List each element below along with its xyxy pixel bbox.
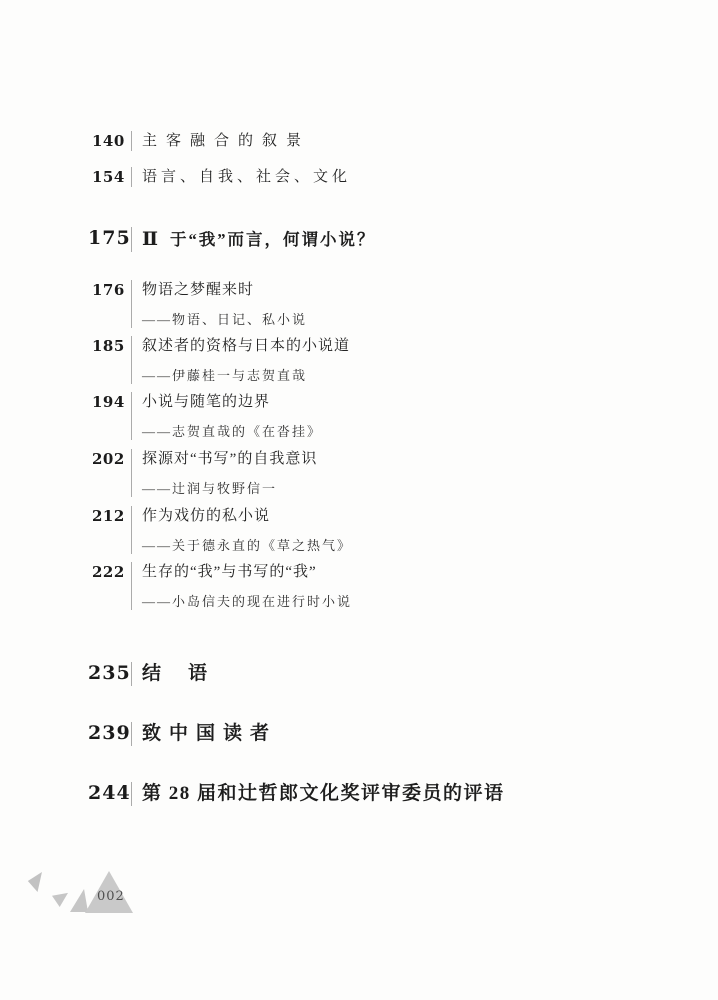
toc-entry-subtitle: ——伊藤桂一与志贺直哉: [142, 367, 350, 384]
toc-entry-title: 结 语: [142, 663, 211, 684]
divider: [131, 227, 132, 252]
triangle-ornament-icon: [70, 889, 88, 912]
toc-entry-subtitle: ——关于德永直的《草之热气》: [142, 537, 352, 554]
toc-entry-page-number: 202: [92, 449, 131, 497]
toc-part-heading: 175 Ⅱ 于“我”而言，何谓小说？: [88, 227, 376, 252]
divider: [131, 782, 132, 806]
toc-entry-page-number: 212: [92, 506, 131, 554]
toc-entry-title: 生存的“我”与书写的“我”: [142, 562, 352, 583]
toc-entry: 176 物语之梦醒来时 ——物语、日记、私小说: [92, 280, 307, 328]
divider: [131, 506, 132, 554]
divider: [131, 562, 132, 610]
footer-ornament: 002: [0, 856, 170, 926]
triangle-ornament-icon: [52, 891, 68, 907]
toc-entry-title: 主客融合的叙景: [142, 133, 310, 149]
divider: [131, 167, 132, 187]
triangle-ornament-icon: [27, 872, 44, 892]
toc-entry-subtitle: ——物语、日记、私小说: [142, 311, 307, 328]
part-numeral: Ⅱ: [142, 228, 158, 250]
toc-entry-page-number: 235: [88, 662, 131, 686]
book-toc-page: 140 主客融合的叙景 154 语言、自我、社会、文化 175 Ⅱ 于“我”而言…: [0, 0, 718, 1000]
toc-entry: 185 叙述者的资格与日本的小说道 ——伊藤桂一与志贺直哉: [92, 336, 350, 384]
toc-entry-page-number: 175: [88, 227, 131, 252]
toc-entry: 202 探源对“书写”的自我意识 ——辻润与牧野信一: [92, 449, 317, 497]
toc-entry-title: 探源对“书写”的自我意识: [142, 449, 317, 470]
toc-entry: 222 生存的“我”与书写的“我” ——小岛信夫的现在进行时小说: [92, 562, 352, 610]
toc-entry-title: 语言、自我、社会、文化: [142, 169, 351, 185]
page-number: 002: [97, 889, 125, 904]
divider: [131, 131, 132, 151]
toc-entry-title: 叙述者的资格与日本的小说道: [142, 336, 350, 357]
toc-entry-page-number: 176: [92, 280, 131, 328]
toc-entry-title: 物语之梦醒来时: [142, 280, 307, 301]
toc-entry: 140 主客融合的叙景: [92, 131, 310, 151]
toc-entry: 235 结 语: [88, 662, 211, 686]
toc-entry-title: 第 28 届和辻哲郎文化奖评审委员的评语: [142, 783, 505, 804]
toc-entry: 154 语言、自我、社会、文化: [92, 167, 351, 187]
toc-entry: 239 致中国读者: [88, 722, 277, 746]
toc-entry-page-number: 140: [92, 131, 131, 151]
toc-entry-page-number: 244: [88, 782, 131, 806]
toc-entry-title: 致中国读者: [142, 723, 277, 744]
toc-entry-page-number: 194: [92, 392, 131, 440]
toc-entry-page-number: 185: [92, 336, 131, 384]
toc-entry-title: 作为戏仿的私小说: [142, 506, 352, 527]
part-title: 于“我”而言，何谓小说？: [170, 227, 376, 252]
divider: [131, 280, 132, 328]
divider: [131, 392, 132, 440]
toc-entry: 244 第 28 届和辻哲郎文化奖评审委员的评语: [88, 782, 505, 806]
toc-entry-title: 小说与随笔的边界: [142, 392, 322, 413]
divider: [131, 662, 132, 686]
toc-entry-page-number: 222: [92, 562, 131, 610]
toc-entry-page-number: 239: [88, 722, 131, 746]
toc-entry-subtitle: ——志贺直哉的《在沓挂》: [142, 423, 322, 440]
toc-entry: 194 小说与随笔的边界 ——志贺直哉的《在沓挂》: [92, 392, 322, 440]
divider: [131, 722, 132, 746]
toc-entry: 212 作为戏仿的私小说 ——关于德永直的《草之热气》: [92, 506, 352, 554]
divider: [131, 336, 132, 384]
toc-entry-subtitle: ——小岛信夫的现在进行时小说: [142, 593, 352, 610]
toc-entry-subtitle: ——辻润与牧野信一: [142, 480, 317, 497]
toc-entry-page-number: 154: [92, 167, 131, 187]
divider: [131, 449, 132, 497]
